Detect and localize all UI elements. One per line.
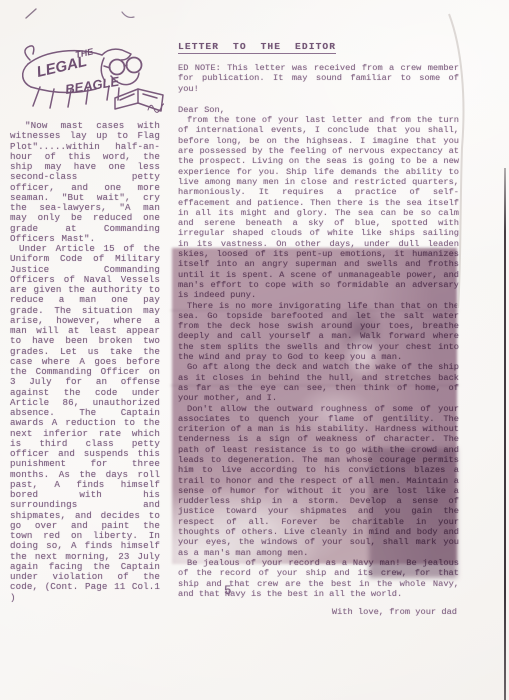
cartoon-word-beagle: BEAGLE: [64, 74, 120, 97]
letter-paragraph-3: Go aft along the deck and watch the wake…: [178, 362, 459, 403]
cartoon-word-legal: LEGAL: [35, 53, 88, 81]
legal-beagle-paragraph-2: Under Article 15 of the Uniform Code of …: [10, 244, 160, 603]
legal-beagle-paragraph-1: "Now mast cases with witnesses lay up to…: [10, 121, 160, 244]
left-column: THE LEGAL BEAGLE "Now mast cases with wi…: [10, 44, 160, 603]
letter-column: LETTER TO THE EDITOR ED NOTE: This lette…: [178, 36, 459, 617]
pen-marks: [24, 4, 144, 26]
page-number: 5: [224, 584, 232, 598]
letter-paragraph-2: There is no more invigorating life than …: [178, 301, 459, 363]
scan-edge-line: [504, 168, 506, 700]
letter-heading: LETTER TO THE EDITOR: [178, 41, 336, 54]
letter-paragraph-5: Be jealous of your record as a Navy man!…: [178, 558, 459, 599]
legal-beagle-cartoon: THE LEGAL BEAGLE: [16, 44, 164, 118]
letter-signoff: With love, from your dad: [178, 607, 459, 617]
letter-paragraph-4: Don't allow the outward roughness of som…: [178, 404, 459, 558]
letter-salutation: Dear Son,: [178, 105, 459, 115]
newsletter-page: THE LEGAL BEAGLE "Now mast cases with wi…: [0, 0, 509, 700]
letter-paragraph-1: from the tone of your last letter and fr…: [178, 115, 459, 300]
editor-note: ED NOTE: This letter was received from a…: [178, 63, 459, 94]
